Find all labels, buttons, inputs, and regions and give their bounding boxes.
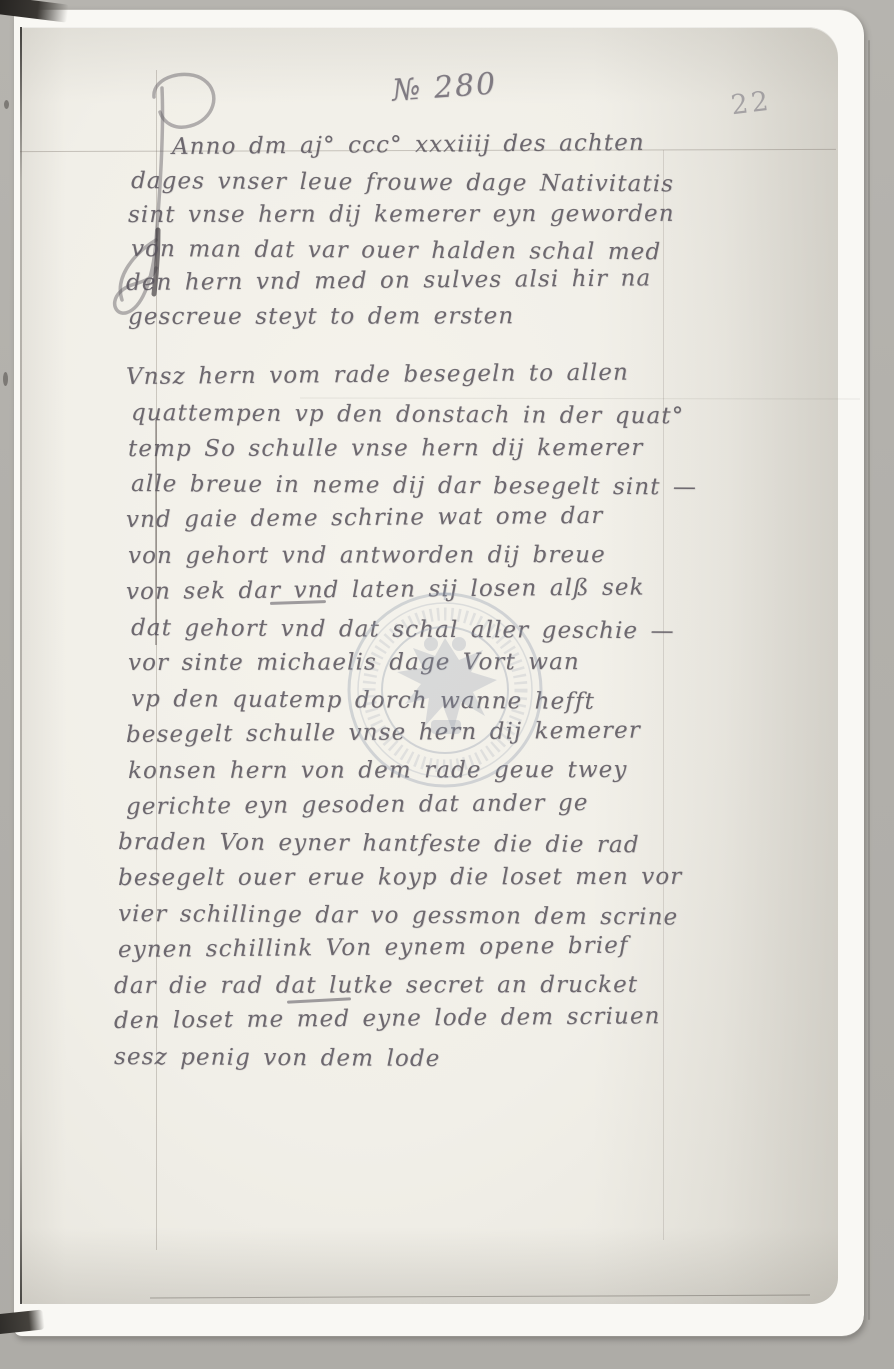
archive-number: № 280 [391, 66, 498, 108]
manuscript-line: von gehort vnd antworden dij breue [128, 538, 697, 575]
manuscript-line: dages vnser leue frouwe dage Nativitatis [131, 164, 675, 201]
manuscript-line: sesz penig von dem lode [114, 1040, 697, 1079]
manuscript-line: den hern vnd med on sulves alsi hir na [126, 261, 675, 300]
manuscript-line: den loset me med eyne lode dem scriuen [114, 999, 697, 1040]
manuscript-line: temp So schulle vnse hern dij kemerer [128, 430, 697, 467]
library-stamp [335, 580, 555, 800]
scan-photo: № 280 22 Anno dm aj° ccc° xxxiiij des ac… [0, 0, 894, 1369]
binding-speck [3, 372, 8, 386]
page-stack-edge [868, 40, 870, 1320]
binding-gutter [20, 27, 22, 1304]
manuscript-line: Anno dm aj° ccc° xxxiiij des achten [172, 126, 675, 164]
manuscript-line: braden Von eyner hantfeste die die rad [118, 825, 697, 864]
manuscript-line: besegelt ouer erue koyp die loset men vo… [118, 860, 697, 897]
manuscript-line: vnd gaie deme schrine wat ome dar [126, 498, 697, 539]
manuscript-paragraph-1: Anno dm aj° ccc° xxxiiij des achtendages… [126, 130, 675, 334]
binding-speck [4, 100, 9, 109]
manuscript-line: quattempen vp den donstach in der quat° [131, 396, 697, 435]
manuscript-line: Vnsz hern vom rade besegeln to allen [126, 355, 697, 396]
folio-number: 22 [729, 86, 773, 122]
manuscript-line: gescreue steyt to dem ersten [128, 299, 675, 334]
manuscript-line: sint vnse hern dij kemerer eyn geworden [128, 197, 675, 232]
manuscript-line: eynen schillink Von eynem opene brief [118, 928, 697, 969]
